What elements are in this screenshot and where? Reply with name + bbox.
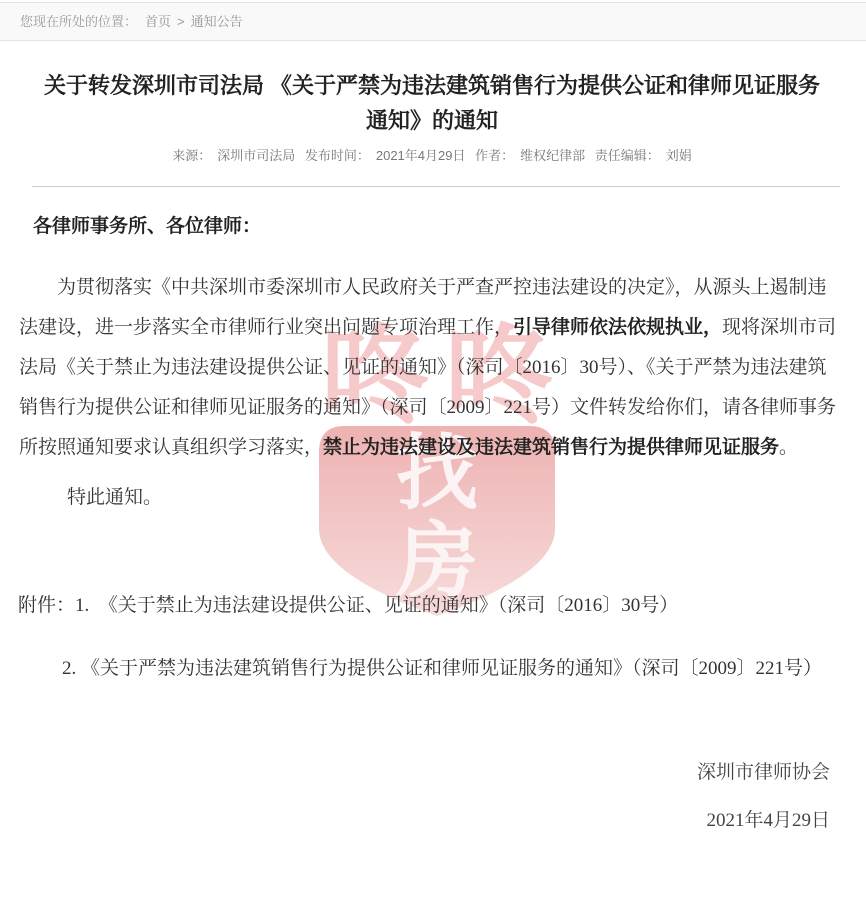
attachments-section: 附件：1. 《关于禁止为违法建设提供公证、见证的通知》（深司〔2016〕30号）…	[19, 586, 845, 689]
divider	[32, 186, 840, 187]
breadcrumb-home-link[interactable]: 首页	[145, 14, 171, 29]
attachments-label: 附件：	[18, 595, 75, 616]
attachment-item-2: 2. 《关于严禁为违法建筑销售行为提供公证和律师见证服务的通知》（深司〔2009…	[5, 649, 845, 689]
signature-date: 2021年4月29日	[19, 809, 845, 833]
breadcrumb-current-link[interactable]: 通知公告	[191, 14, 243, 29]
meta-publish-label: 发布时间：	[305, 148, 370, 163]
meta-source-value: 深圳市司法局	[217, 148, 295, 163]
body-paragraph-emphasis-2: 禁止为违法建设及违法建筑销售行为提供律师见证服务	[323, 437, 779, 458]
salutation: 各律师事务所、各位律师：	[33, 207, 845, 247]
attachment-item-1: 附件：1. 《关于禁止为违法建设提供公证、见证的通知》（深司〔2016〕30号）	[18, 586, 845, 626]
body-paragraph: 为贯彻落实《中共深圳市委深圳市人民政府关于严查严控违法建设的决定》，从源头上遏制…	[19, 268, 845, 468]
page-title: 关于转发深圳市司法局 《关于严禁为违法建筑销售行为提供公证和律师见证服务通知》的…	[33, 68, 831, 138]
notice-article: 关于转发深圳市司法局 《关于严禁为违法建筑销售行为提供公证和律师见证服务通知》的…	[0, 0, 866, 833]
breadcrumb-label: 您现在所处的位置：	[20, 14, 137, 29]
body-paragraph-segment-3: 。	[779, 437, 798, 458]
body-paragraph-emphasis-1: 引导律师依法依规执业，	[513, 317, 722, 338]
breadcrumb-separator: >	[177, 14, 185, 29]
meta-source-label: 来源：	[172, 148, 211, 163]
meta-author-value: 维权纪律部	[520, 148, 585, 163]
meta-publish-value: 2021年4月29日	[376, 148, 466, 163]
breadcrumb: 您现在所处的位置：首页>通知公告	[0, 2, 866, 41]
meta-editor-value: 刘娟	[666, 148, 692, 163]
meta-author-label: 作者：	[475, 148, 514, 163]
attachment-item-1-text: 1. 《关于禁止为违法建设提供公证、见证的通知》（深司〔2016〕30号）	[75, 595, 678, 616]
closing-line: 特此通知。	[19, 478, 845, 518]
signature-organization: 深圳市律师协会	[19, 753, 845, 793]
article-meta: 来源：深圳市司法局 发布时间：2021年4月29日 作者：维权纪律部 责任编辑：…	[19, 145, 845, 164]
meta-editor-label: 责任编辑：	[595, 148, 660, 163]
